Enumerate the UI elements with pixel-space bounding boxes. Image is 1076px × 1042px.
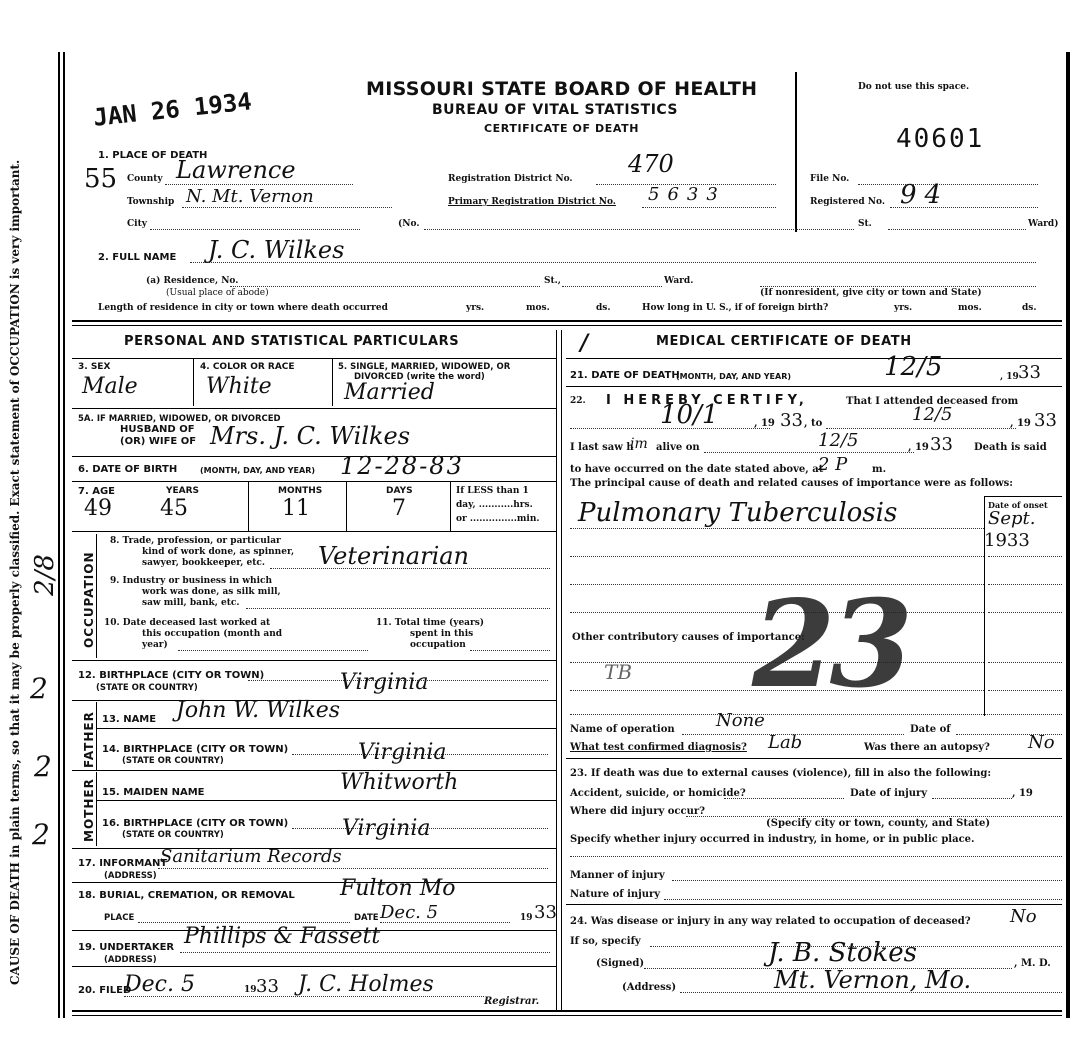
burial-place-label: PLACE: [104, 913, 134, 923]
residence-street-label: St.,: [544, 276, 561, 286]
sex-value: Male: [82, 374, 138, 399]
mother-birthplace-label: 16. BIRTHPLACE (CITY OR TOWN): [102, 818, 288, 829]
mother-maiden-name-value: Whitworth: [340, 770, 458, 795]
margin-mark-2: 2: [30, 672, 48, 705]
trade-label-3: sawyer, bookkeeper, etc.: [142, 558, 265, 568]
filed-year-value: 33: [256, 976, 279, 997]
father-birthplace-label: 14. BIRTHPLACE (CITY OR TOWN): [102, 744, 288, 755]
age-years-value: 49: [84, 496, 112, 521]
registrar-label: Registrar.: [484, 996, 539, 1007]
township-value: N. Mt. Vernon: [186, 186, 314, 207]
margin-mark-4: 2: [32, 818, 50, 851]
informant-value: Sanitarium Records: [160, 846, 342, 867]
father-birthplace-value: Virginia: [358, 740, 447, 765]
attended-to-value: 12/5: [912, 404, 952, 425]
manner-of-injury-label: Manner of injury: [570, 870, 665, 881]
county-value: Lawrence: [176, 156, 296, 184]
mother-birthplace-value: Virginia: [342, 816, 431, 841]
township-label: Township: [127, 197, 174, 207]
ward-label: Ward): [1028, 219, 1058, 229]
frame-left-outer: [58, 52, 60, 1018]
occupation-side-label: OCCUPATION: [82, 551, 96, 648]
principal-cause-value: Pulmonary Tuberculosis: [578, 498, 897, 528]
last-worked-label-2: this occupation (month and: [142, 629, 282, 639]
industry-label-3: saw mill, bank, etc.: [142, 598, 240, 608]
age-days-value: 7: [392, 496, 406, 521]
undertaker-address-label: (ADDRESS): [104, 955, 157, 965]
medical-check-mark: /: [580, 330, 588, 356]
frame-right: [1066, 52, 1070, 1018]
city-label: City: [127, 219, 147, 229]
less-than-hours-label: day, ...........hrs.: [456, 500, 533, 510]
father-birthplace-sub-label: (STATE OR COUNTRY): [122, 756, 224, 766]
onset-year-value: 1933: [984, 530, 1030, 551]
industry-label-2: work was done, as silk mill,: [142, 587, 281, 597]
accident-label: Accident, suicide, or homicide?: [570, 788, 746, 799]
last-saw-date-value: 12/5: [818, 430, 858, 451]
attended-to-label: , to: [804, 418, 822, 429]
column-divider-b: [561, 330, 562, 1010]
marital-status-label: 5. SINGLE, MARRIED, WIDOWED, OR: [338, 362, 510, 372]
last-saw-year-prefix: , 19: [908, 442, 929, 453]
frame-left-inner: [63, 52, 65, 1018]
registered-no-label: Registered No.: [810, 197, 885, 207]
form-title: MISSOURI STATE BOARD OF HEALTH: [366, 78, 757, 100]
nonresident-note: (If nonresident, give city or town and S…: [760, 288, 982, 298]
residence-years-label: yrs.: [466, 303, 484, 313]
physician-signature: J. B. Stokes: [768, 938, 917, 968]
residence-ward-label: Ward.: [664, 276, 693, 286]
diagnosis-test-value: Lab: [768, 732, 802, 753]
occupation-related-answer: No: [1010, 906, 1037, 927]
informant-label: 17. INFORMANT: [78, 858, 167, 869]
residence-days-label: ds.: [596, 303, 611, 313]
last-saw-pronoun: im: [630, 436, 648, 452]
race-label: 4. COLOR OR RACE: [200, 362, 295, 372]
diagnosis-test-label: What test confirmed diagnosis?: [570, 742, 747, 753]
file-no-label: File No.: [810, 174, 849, 184]
filed-date-value: Dec. 5: [124, 972, 195, 997]
husband-of-label: HUSBAND OF: [120, 424, 195, 435]
external-causes-label: 23. If death was due to external causes …: [570, 768, 991, 779]
trade-value: Veterinarian: [318, 542, 469, 570]
alive-on-label: alive on: [656, 442, 700, 453]
operation-value: None: [716, 710, 765, 731]
date-of-birth-value: 12-28-83: [340, 452, 464, 480]
date-of-death-label: 21. DATE OF DEATH: [570, 370, 680, 381]
received-date-stamp: JAN 26 1934: [92, 87, 253, 131]
father-side-label: FATHER: [82, 711, 96, 768]
side-instruction-text: CAUSE OF DEATH in plain terms, so that i…: [8, 160, 22, 985]
contributory-causes-mark: TB: [604, 660, 632, 684]
trade-label-2: kind of work done, as spinner,: [142, 547, 294, 557]
sex-label: 3. SEX: [78, 362, 110, 372]
trade-label: 8. Trade, profession, or particular: [110, 536, 281, 546]
date-of-injury-year: , 19: [1012, 788, 1033, 799]
wife-of-label: (OR) WIFE OF: [120, 436, 196, 447]
burial-label: 18. BURIAL, CREMATION, OR REMOVAL: [78, 890, 295, 901]
street-no-label: (No.: [398, 219, 419, 229]
informant-address-label: (ADDRESS): [104, 871, 157, 881]
registrar-signature: J. C. Holmes: [298, 972, 434, 997]
date-of-birth-sub-label: (MONTH, DAY, AND YEAR): [200, 466, 315, 475]
birthplace-sub-label: (STATE OR COUNTRY): [96, 683, 198, 693]
father-name-label: 13. NAME: [102, 714, 156, 725]
marital-status-value: Married: [344, 380, 435, 405]
full-name-label: 2. FULL NAME: [98, 252, 176, 263]
last-saw-year: 33: [930, 434, 953, 455]
date-of-death-year: 33: [1018, 362, 1041, 383]
injury-place-type-label: Specify whether injury occurred in indus…: [570, 834, 975, 845]
operation-date-label: Date of: [910, 724, 951, 735]
last-worked-label: 10. Date deceased last worked at: [104, 618, 270, 628]
time-of-death-value: 2 P: [818, 454, 847, 475]
principal-cause-label: The principal cause of death and related…: [570, 478, 1013, 489]
physician-address-value: Mt. Vernon, Mo.: [774, 966, 971, 994]
county-code: 55: [84, 164, 117, 194]
burial-date-value: Dec. 5: [380, 902, 438, 923]
residence-label: (a) Residence, No.: [146, 276, 238, 286]
registration-district-value: 470: [628, 150, 674, 178]
less-than-minutes-label: or ...............min.: [456, 514, 540, 524]
county-label: County: [127, 174, 163, 184]
race-value: White: [206, 374, 272, 399]
foreign-birth-label: How long in U. S., if of foreign birth?: [642, 303, 828, 313]
father-name-value: John W. Wilkes: [176, 698, 340, 723]
birthplace-label: 12. BIRTHPLACE (CITY OR TOWN): [78, 670, 264, 681]
bureau-title: BUREAU OF VITAL STATISTICS: [432, 102, 678, 118]
date-of-birth-label: 6. DATE OF BIRTH: [78, 464, 177, 475]
registration-district-label: Registration District No.: [448, 174, 573, 184]
total-time-label-3: occupation: [410, 640, 466, 650]
autopsy-value: No: [1028, 732, 1055, 753]
mother-maiden-name-label: 15. MAIDEN NAME: [102, 787, 204, 798]
attended-to-year: 33: [1034, 410, 1057, 431]
date-of-death-year-prefix: , 19: [1000, 372, 1019, 382]
filed-year-prefix: 19: [244, 985, 257, 995]
header-divider: [795, 72, 797, 232]
if-so-specify-label: If so, specify: [570, 936, 641, 947]
autopsy-label: Was there an autopsy?: [864, 742, 990, 753]
certificate-type: CERTIFICATE OF DEATH: [484, 122, 639, 135]
stamp-number-23: 23: [752, 574, 907, 715]
age-months-value: 11: [282, 496, 310, 521]
last-worked-label-3: year): [142, 640, 168, 650]
burial-date-label: DATE: [354, 913, 379, 923]
residence-months-label: mos.: [526, 303, 550, 313]
primary-registration-value: 5633: [648, 184, 726, 205]
operation-label: Name of operation: [570, 724, 675, 735]
primary-registration-label: Primary Registration District No.: [448, 197, 616, 207]
undertaker-label: 19. UNDERTAKER: [78, 942, 174, 953]
nature-of-injury-label: Nature of injury: [570, 889, 660, 900]
death-is-said-label: Death is said: [974, 442, 1047, 453]
attended-from-year: 33: [780, 410, 803, 431]
occupation-related-question: 24. Was disease or injury in any way rel…: [570, 916, 971, 927]
age-months-label: MONTHS: [278, 486, 322, 496]
total-time-label-2: spent in this: [410, 629, 473, 639]
burial-year-prefix: 19: [520, 913, 533, 923]
date-of-death-value: 12/5: [884, 352, 942, 382]
margin-mark-3: 2: [34, 750, 52, 783]
mother-side-label: MOTHER: [82, 778, 96, 842]
physician-address-label: (Address): [622, 982, 676, 993]
margin-mark-1: 2/8: [30, 554, 60, 596]
medical-section-title: MEDICAL CERTIFICATE OF DEATH: [656, 334, 912, 349]
burial-year-value: 33: [534, 902, 557, 923]
street-label: St.: [858, 219, 872, 229]
attended-to-year-prefix: , 19: [1010, 418, 1031, 429]
injury-location-label: Where did injury occur?: [570, 806, 705, 817]
burial-place-value: Fulton Mo: [340, 876, 456, 901]
foreign-years-label: yrs.: [894, 303, 912, 313]
md-label: , M. D.: [1014, 958, 1051, 969]
occurred-at-label: to have occurred on the date stated abov…: [570, 464, 823, 475]
date-of-injury-label: Date of injury: [850, 788, 927, 799]
spouse-value: Mrs. J. C. Wilkes: [210, 422, 410, 450]
less-than-day-label: If LESS than 1: [456, 486, 529, 496]
full-name-value: J. C. Wilkes: [208, 236, 344, 264]
side-instruction-cause: CAUSE OF DEATH in plain terms, so that i…: [8, 160, 22, 985]
attended-from-value: 10/1: [660, 400, 718, 430]
certificate-number: 40601: [896, 124, 984, 154]
onset-date-value: Sept.: [988, 508, 1035, 529]
signed-label: (Signed): [596, 958, 644, 969]
foreign-days-label: ds.: [1022, 303, 1037, 313]
injury-location-sub-label: (Specify city or town, county, and State…: [766, 818, 990, 829]
age-years-alt-value: 45: [160, 496, 188, 521]
mother-birthplace-sub-label: (STATE OR COUNTRY): [122, 830, 224, 840]
time-meridiem-label: m.: [872, 464, 886, 475]
personal-section-title: PERSONAL AND STATISTICAL PARTICULARS: [124, 334, 459, 349]
date-of-death-sub-label: (MONTH, DAY, AND YEAR): [676, 372, 791, 381]
registered-no-value: 94: [900, 180, 949, 210]
do-not-use-label: Do not use this space.: [858, 82, 969, 92]
certify-number: 22.: [570, 396, 586, 406]
industry-label: 9. Industry or business in which: [110, 576, 272, 586]
total-time-label: 11. Total time (years): [376, 618, 484, 628]
age-years-label: YEARS: [166, 486, 199, 496]
last-saw-label: I last saw h: [570, 442, 634, 453]
undertaker-value: Phillips & Fassett: [184, 924, 380, 949]
attended-from-year-prefix: , 19: [754, 418, 775, 429]
length-of-residence-label: Length of residence in city or town wher…: [98, 303, 388, 313]
age-days-label: DAYS: [386, 486, 413, 496]
foreign-months-label: mos.: [958, 303, 982, 313]
birthplace-value: Virginia: [340, 670, 429, 695]
residence-sub-label: (Usual place of abode): [166, 288, 269, 298]
